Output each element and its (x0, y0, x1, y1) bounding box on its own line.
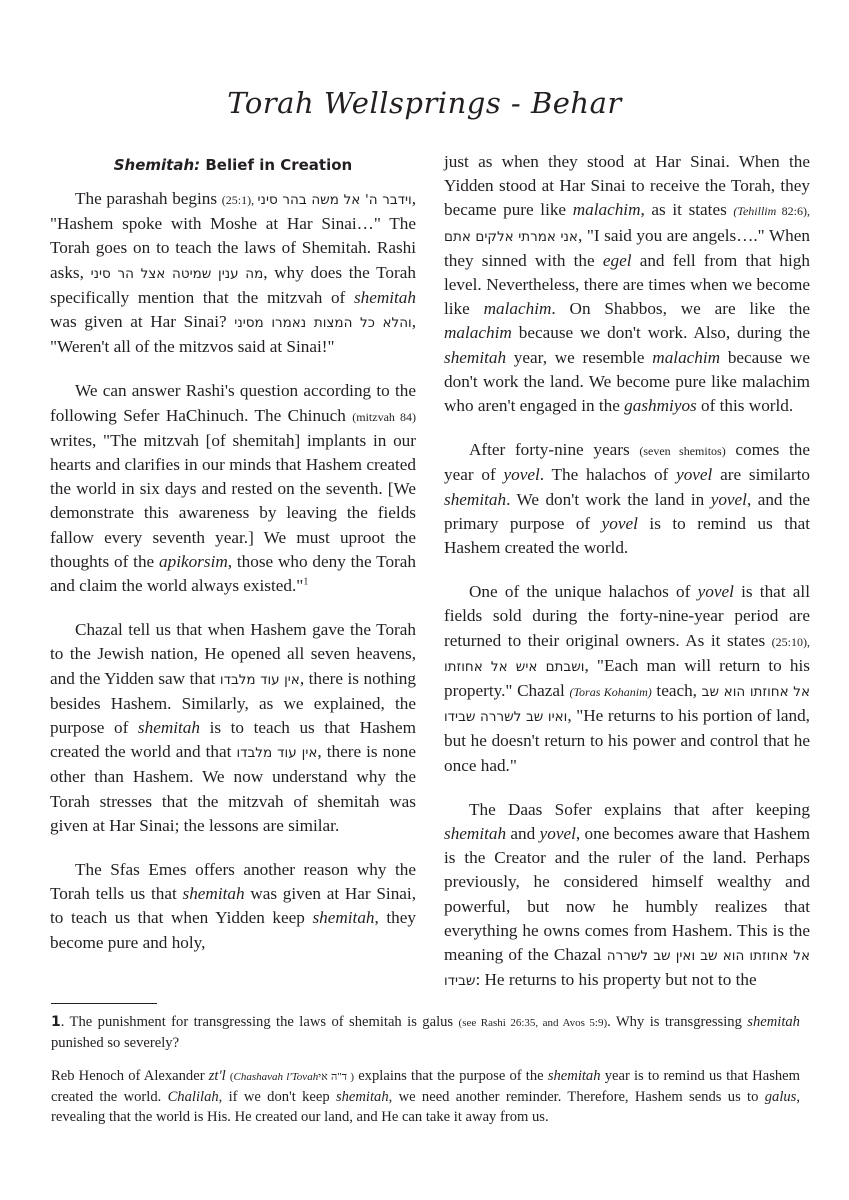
paragraph-2: We can answer Rashi's question according… (50, 379, 416, 598)
text-span: was given at Har Sinai? (50, 312, 234, 331)
text-span: (seven shemitos) (639, 444, 725, 458)
text-span: , one becomes aware that Hashem is the C… (444, 824, 810, 964)
text-span: shemitah (444, 824, 506, 843)
text-span: yovel (698, 582, 734, 601)
text-span: malachim (652, 348, 720, 367)
text-span: of this world. (697, 396, 793, 415)
text-span: teach, (652, 681, 702, 700)
paragraph-5: After forty-nine years (seven shemitos) … (444, 438, 810, 560)
text-span: . The halachos of (540, 465, 676, 484)
paragraph-1: The parashah begins (25:1), וידבר ה' אל … (50, 187, 416, 359)
paragraph-6: One of the unique halachos of yovel is t… (444, 580, 810, 778)
text-span: yovel (503, 465, 539, 484)
text-span: egel (603, 251, 632, 270)
text-span: yovel (711, 490, 747, 509)
text-span: shemitah (138, 718, 200, 737)
paragraph-4-continued: just as when they stood at Har Sinai. Wh… (444, 150, 810, 418)
text-span: gashmiyos (624, 396, 697, 415)
text-span: וידבר ה' אל משה בהר סיני (258, 192, 412, 208)
text-span: malachim (444, 323, 512, 342)
text-span: Chashavah l'Tovah (234, 1071, 319, 1083)
text-span: because we don't work. Also, during the (512, 323, 810, 342)
text-span: shemitah (336, 1089, 389, 1105)
text-span: : He returns to his property but not to … (475, 970, 756, 989)
text-span: ושבתם איש אל אחוזתו (444, 659, 584, 675)
section-heading: Shemitah: Belief in Creation (50, 154, 416, 176)
heading-italic: Shemitah: (114, 156, 200, 174)
text-span: והלא כל המצות נאמרו מסיני (234, 315, 411, 331)
text-span: One of the unique halachos of (469, 582, 698, 601)
text-span: apikorsim (159, 552, 228, 571)
text-span: מה ענין שמיטה אצל הר סיני (91, 266, 264, 282)
footnote-number: 1 (51, 1014, 61, 1030)
text-span: אין עוד מלבדו (220, 672, 300, 688)
text-span: zt'l (209, 1068, 226, 1084)
text-span: year, we resemble (506, 348, 652, 367)
text-span: shemitah (548, 1068, 601, 1084)
text-span: אני אמרתי אלקים אתם (444, 229, 578, 245)
page-title: Torah Wellsprings - Behar (0, 86, 849, 120)
text-span: . On Shabbos, we are like the (551, 299, 810, 318)
text-span: אין עוד מלבדו (236, 745, 317, 761)
text-span: shemitah (444, 490, 506, 509)
right-column: just as when they stood at Har Sinai. Wh… (444, 150, 810, 1014)
footnote-divider (51, 1003, 157, 1004)
left-column: Shemitah: Belief in Creation The parasha… (50, 150, 416, 975)
text-span: yovel (602, 514, 638, 533)
text-span: writes, "The mitzvah [of shemitah] impla… (50, 431, 416, 571)
text-span: After forty-nine years (469, 440, 639, 459)
text-span: shemitah (312, 908, 374, 927)
text-span: shemitah (747, 1014, 800, 1030)
heading-text: Belief in Creation (200, 156, 352, 174)
text-span: ד"ה אי (318, 1071, 350, 1083)
text-span: shemitah (183, 884, 245, 903)
text-span: yovel (540, 824, 576, 843)
footnotes: 1. The punishment for transgressing the … (51, 1012, 800, 1140)
text-span: (see Rashi 26:35, and Avos 5:9) (459, 1017, 608, 1029)
text-span: The parashah begins (75, 189, 222, 208)
text-span: Reb Henoch of Alexander (51, 1068, 209, 1084)
text-span: explains that the purpose of the (354, 1068, 548, 1084)
text-span: and (506, 824, 540, 843)
text-span: shemitah (354, 288, 416, 307)
paragraph-7: The Daas Sofer explains that after keepi… (444, 798, 810, 994)
text-span: are similarto (712, 465, 810, 484)
text-span: . We don't work the land in (506, 490, 711, 509)
footnote-ref[interactable]: 1 (303, 576, 308, 587)
text-span: (Toras Kohanim) (569, 685, 651, 699)
text-span: (25:1), (222, 193, 258, 207)
text-span: yovel (676, 465, 712, 484)
paragraph-3: Chazal tell us that when Hashem gave the… (50, 618, 416, 838)
text-span: (mitzvah 84) (352, 410, 416, 424)
text-span: galus (765, 1089, 797, 1105)
text-span: malachim (573, 200, 641, 219)
text-span: 82:6), (776, 204, 810, 218)
text-span: . The punishment for transgressing the l… (61, 1014, 459, 1030)
text-span: The Daas Sofer explains that after keepi… (469, 800, 810, 819)
text-span: malachim (484, 299, 552, 318)
paragraph-4: The Sfas Emes offers another reason why … (50, 858, 416, 955)
text-span: punished so severely? (51, 1035, 179, 1051)
document-page: Torah Wellsprings - Behar Shemitah: Beli… (0, 0, 849, 1200)
footnote-1-continued: Reb Henoch of Alexander zt'l (Chashavah … (51, 1066, 800, 1127)
text-span: , as it states (641, 200, 734, 219)
text-span: , if we don't keep (219, 1089, 336, 1105)
text-span: (25:10), (772, 635, 810, 649)
text-span: Chalilah (168, 1089, 219, 1105)
footnote-1: 1. The punishment for transgressing the … (51, 1012, 800, 1053)
text-span: shemitah (444, 348, 506, 367)
text-span: . Why is transgressing (607, 1014, 747, 1030)
text-span: , we need another reminder. Therefore, H… (389, 1089, 765, 1105)
text-span: (Tehillim (733, 204, 776, 218)
